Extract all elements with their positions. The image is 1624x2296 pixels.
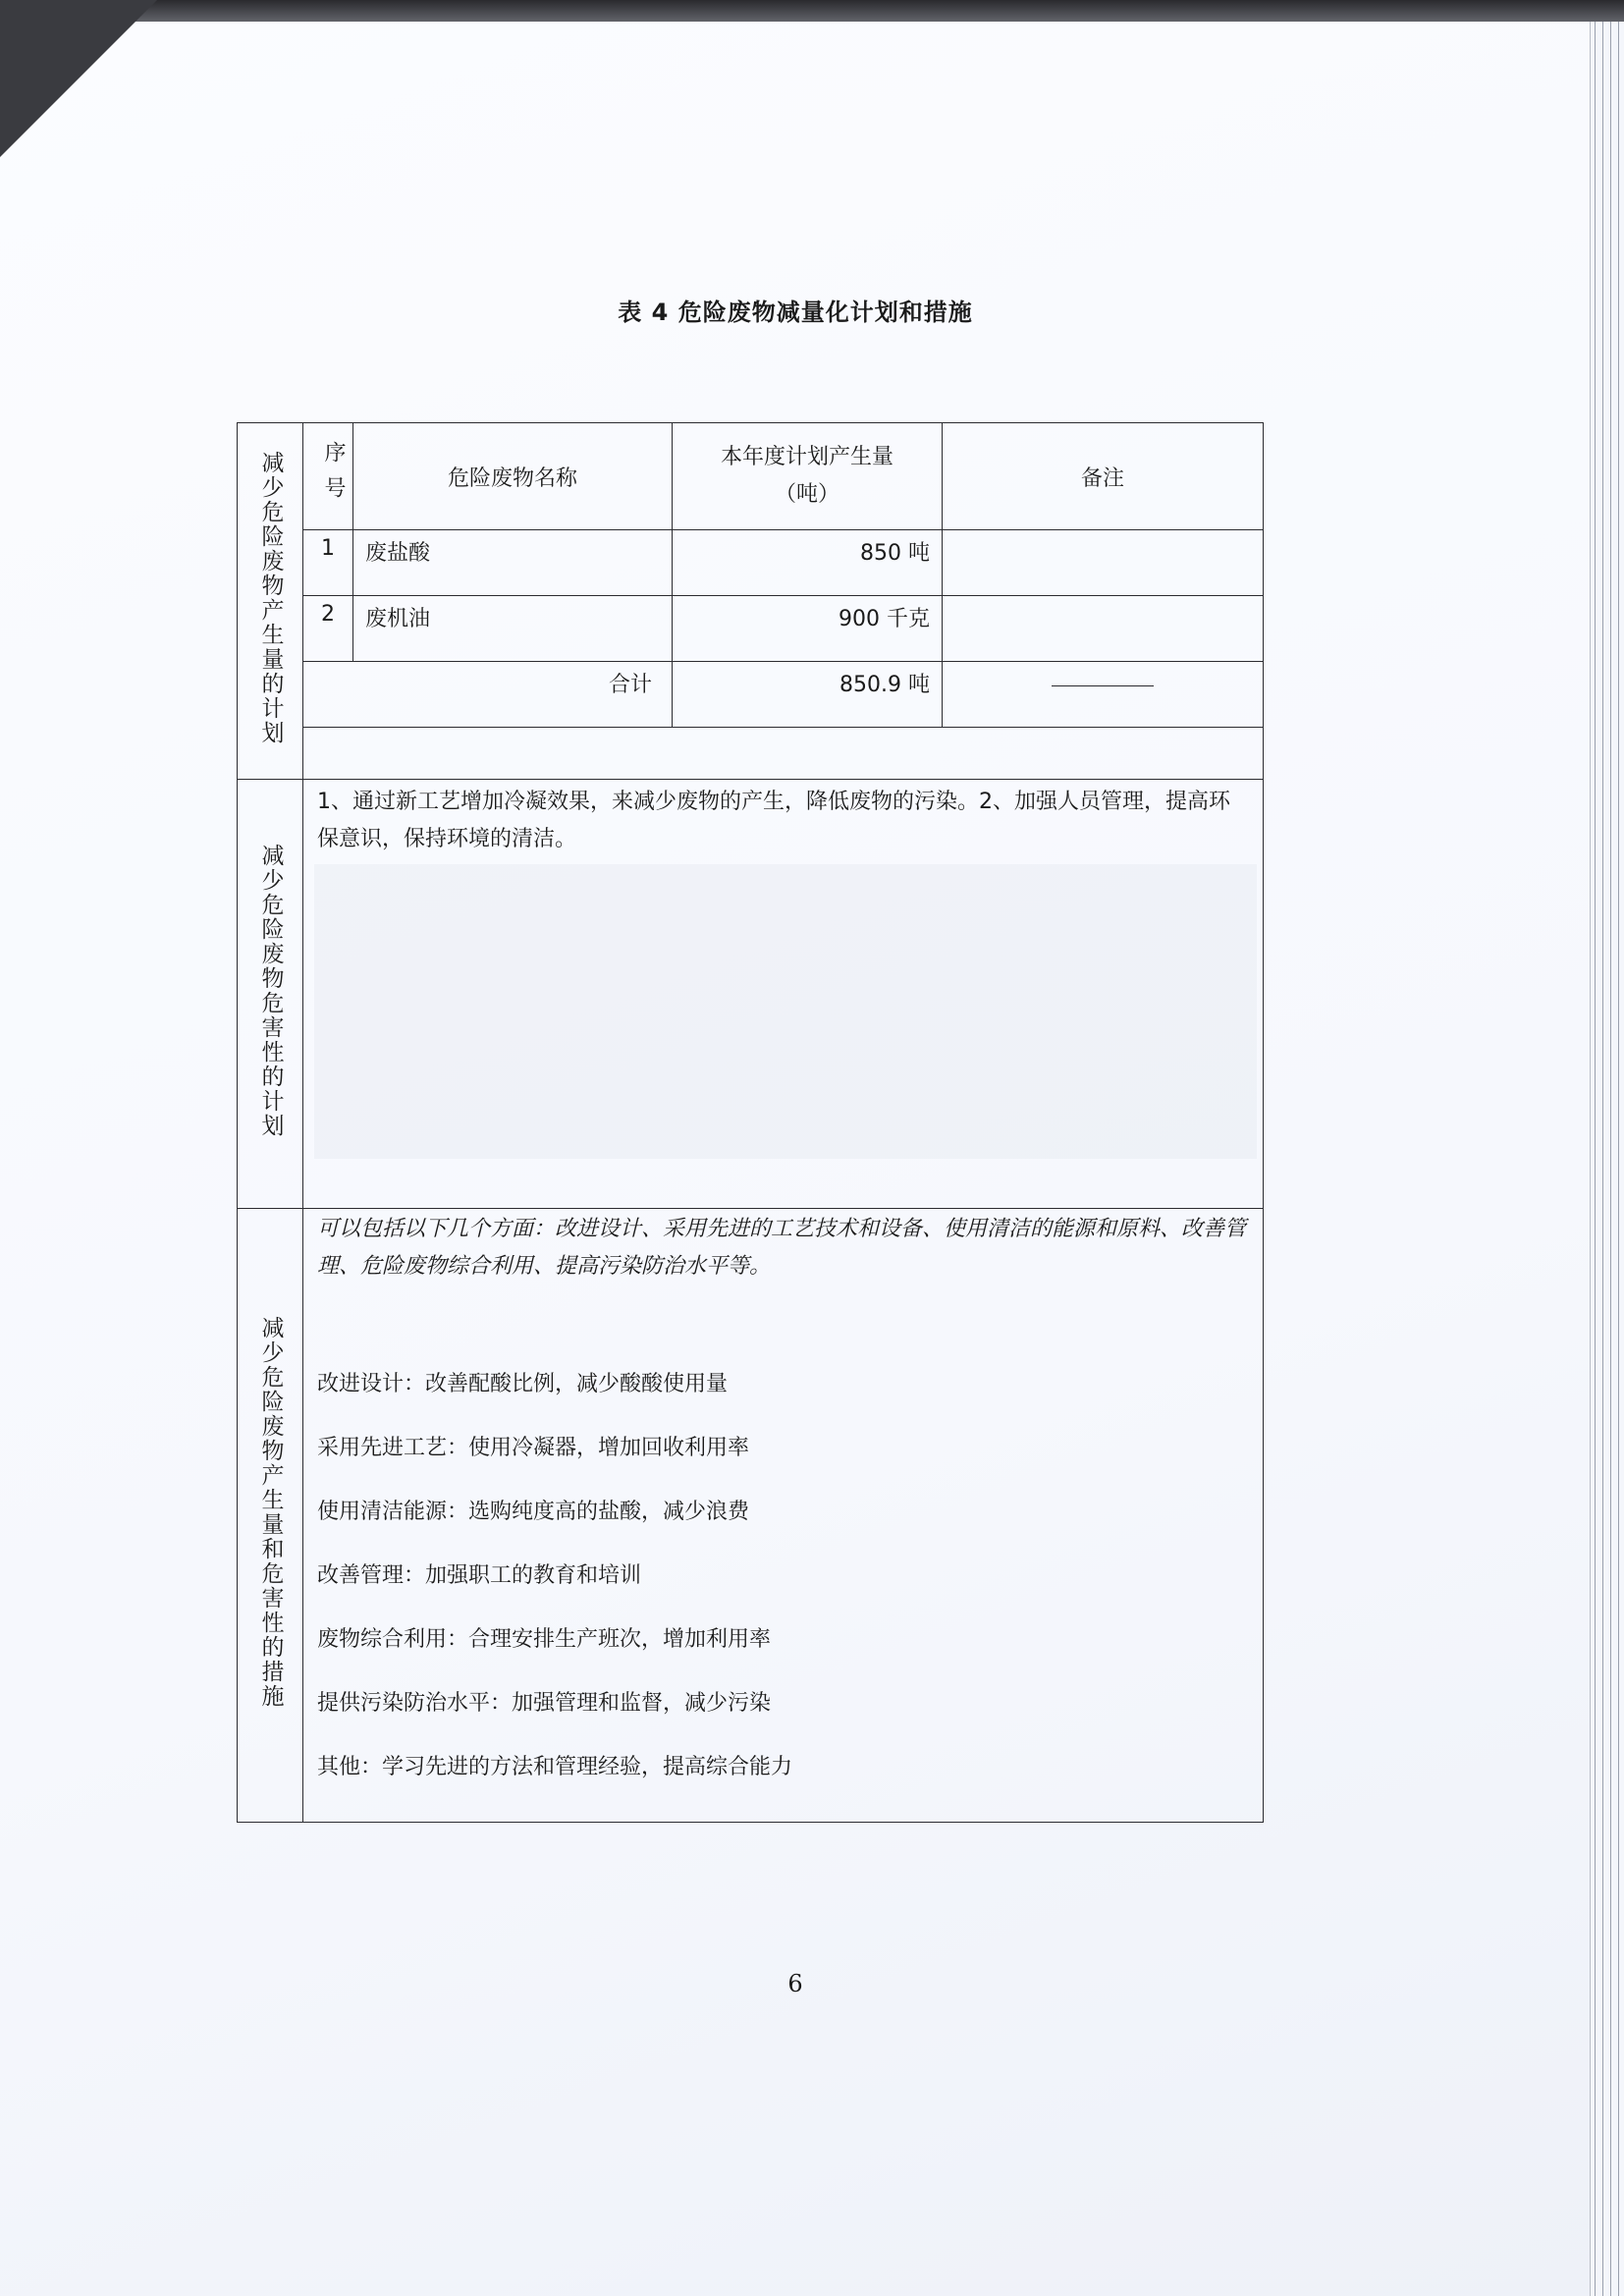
list-item: 废物综合利用：合理安排生产班次，增加利用率 [317,1625,1249,1689]
total-qty: 850.9 吨 [673,662,943,728]
list-item: 使用清洁能源：选购纯度高的盐酸，减少浪费 [317,1498,1249,1561]
table-title: 表 4 危险废物减量化计划和措施 [0,293,1591,327]
hazard-plan-text: 1、通过新工艺增加冷凝效果，来减少废物的产生，降低废物的污染。2、加强人员管理，… [303,780,1264,1209]
header-qty: 本年度计划产生量 （吨） [673,423,943,530]
plan-table: 序号 危险废物名称 本年度计划产生量 （吨） 备注 1 废盐酸 850 吨 2 [303,423,1263,779]
plan-table-header: 序号 危险废物名称 本年度计划产生量 （吨） 备注 [303,423,1263,530]
section-plan-label: 减少危险废物产生量的计划 [238,423,303,780]
page-number: 6 [0,1970,1591,1997]
header-name: 危险废物名称 [353,423,673,530]
dash-line [1052,685,1154,686]
section-hazard: 减少危险废物危害性的计划 1、通过新工艺增加冷凝效果，来减少废物的产生，降低废物… [238,780,1264,1209]
list-item: 改进设计：改善配酸比例，减少酸酸使用量 [317,1370,1249,1434]
list-item: 其他：学习先进的方法和管理经验，提高综合能力 [317,1753,1249,1817]
total-row: 合计 850.9 吨 [303,662,1263,728]
measures-list: 改进设计：改善配酸比例，减少酸酸使用量 采用先进工艺：使用冷凝器，增加回收利用率… [317,1370,1249,1817]
list-item: 提供污染防治水平：加强管理和监督，减少污染 [317,1689,1249,1753]
total-label: 合计 [303,662,673,728]
scanner-corner-shadow [0,0,157,157]
section-measures-label: 减少危险废物产生量和危害性的措施 [238,1209,303,1823]
header-remark: 备注 [943,423,1264,530]
list-item: 采用先进工艺：使用冷凝器，增加回收利用率 [317,1434,1249,1498]
section-measures: 减少危险废物产生量和危害性的措施 可以包括以下几个方面：改进设计、采用先进的工艺… [238,1209,1264,1823]
section-plan: 减少危险废物产生量的计划 序号 危险废物名称 本年度计划产生量 （吨） 备注 1… [238,423,1264,780]
stacked-page-edges [1590,22,1624,2296]
section-hazard-label: 减少危险废物危害性的计划 [238,780,303,1209]
waste-reduction-table: 减少危险废物产生量的计划 序号 危险废物名称 本年度计划产生量 （吨） 备注 1… [237,422,1264,1823]
table-row: 2 废机油 900 千克 [303,596,1263,662]
list-item: 改善管理：加强职工的教育和培训 [317,1561,1249,1625]
guidance-note: 可以包括以下几个方面：改进设计、采用先进的工艺技术和设备、使用清洁的能源和原料、… [317,1211,1249,1285]
table-row: 1 废盐酸 850 吨 [303,530,1263,596]
header-seq: 序号 [303,423,353,530]
total-remark [943,662,1264,728]
